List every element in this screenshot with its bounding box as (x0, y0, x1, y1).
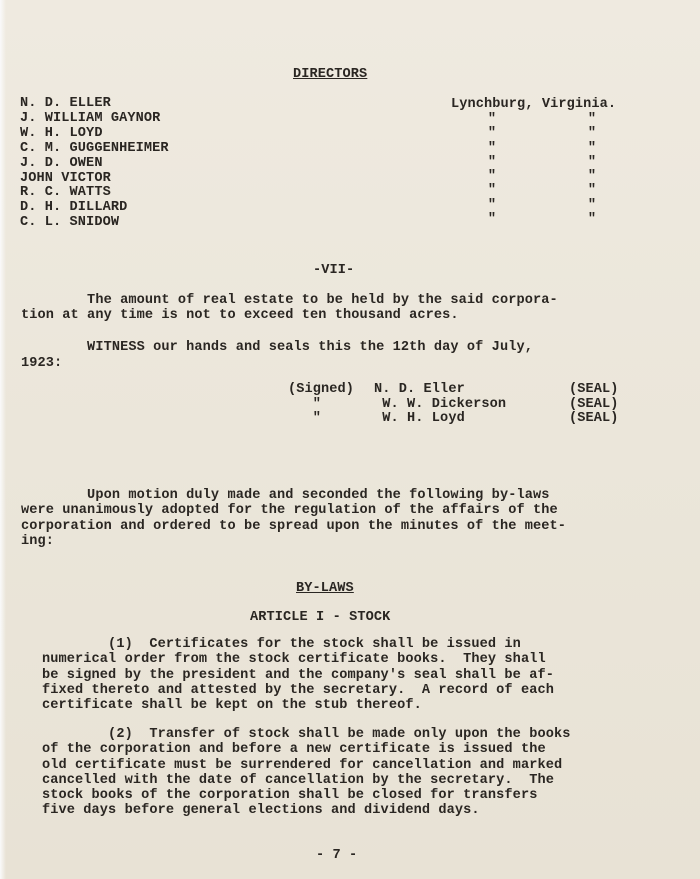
article-i-title: ARTICLE I - STOCK (250, 610, 390, 625)
ditto-mark: " (584, 199, 600, 213)
signature-row: (Signed) N. D. Eller (SEAL) (288, 383, 619, 398)
text-line: of the corporation and before a new cert… (42, 742, 570, 757)
motion-paragraph: Upon motion duly made and seconded the f… (21, 488, 661, 550)
text-line: numerical order from the stock certifica… (42, 652, 554, 667)
director-name: C. L. SNIDOW (20, 216, 169, 231)
bylaw-section-1: (1) Certificates for the stock shall be … (42, 637, 554, 713)
bylaws-heading: BY-LAWS (296, 581, 354, 596)
director-location: Lynchburg, Virginia. (451, 97, 616, 112)
ditto-mark: " (584, 170, 600, 184)
ditto-mark: " (584, 156, 600, 170)
director-name: C. M. GUGGENHEIMER (20, 142, 169, 157)
ditto-mark: " (584, 142, 600, 156)
article-vii-paragraph: The amount of real estate to be held by … (21, 293, 661, 323)
signature-block: (Signed) N. D. Eller (SEAL) " W. W. Dick… (288, 383, 619, 427)
ditto-mark: " (584, 113, 600, 127)
director-name: D. H. DILLARD (20, 201, 169, 216)
text-line: be signed by the president and the compa… (42, 668, 554, 683)
signer-name: N. D. Eller (374, 383, 569, 398)
ditto-column-state: """""""" (584, 113, 600, 227)
page-number: - 7 - (316, 848, 357, 863)
director-name: N. D. ELLER (20, 97, 169, 112)
text-line: tion at any time is not to exceed ten th… (21, 308, 661, 323)
director-name: W. H. LOYD (20, 127, 169, 142)
article-vii-heading: -VII- (313, 263, 354, 278)
signer-name: W. W. Dickerson (374, 398, 569, 413)
ditto-mark: " (484, 156, 500, 170)
text-line: stock books of the corporation shall be … (42, 788, 570, 803)
signer-name: W. H. Loyd (374, 412, 569, 427)
text-line: Upon motion duly made and seconded the f… (21, 488, 661, 503)
text-line: certificate shall be kept on the stub th… (42, 698, 554, 713)
seal-label: (SEAL) (569, 398, 619, 413)
ditto-mark: " (484, 199, 500, 213)
director-name: R. C. WATTS (20, 186, 169, 201)
text-line: 1923: (21, 356, 661, 372)
signature-prefix: (Signed) (288, 383, 374, 398)
bylaw-section-2: (2) Transfer of stock shall be made only… (42, 727, 570, 819)
ditto-mark: " (484, 213, 500, 227)
text-line: fixed thereto and attested by the secret… (42, 683, 554, 698)
text-line: WITNESS our hands and seals this the 12t… (21, 340, 661, 356)
director-name: J. D. OWEN (20, 157, 169, 172)
text-line: cancelled with the date of cancellation … (42, 773, 570, 788)
ditto-mark: " (484, 184, 500, 198)
director-name: JOHN VICTOR (20, 172, 169, 187)
text-line: old certificate must be surrendered for … (42, 758, 570, 773)
seal-label: (SEAL) (569, 412, 619, 427)
ditto-mark: " (584, 127, 600, 141)
seal-label: (SEAL) (569, 383, 619, 398)
ditto-mark: " (484, 170, 500, 184)
text-line: were unanimously adopted for the regulat… (21, 503, 661, 518)
signature-row: " W. W. Dickerson (SEAL) (288, 398, 619, 413)
text-line: corporation and ordered to be spread upo… (21, 519, 661, 534)
text-line: The amount of real estate to be held by … (21, 293, 661, 308)
text-line: five days before general elections and d… (42, 803, 570, 818)
text-line: (2) Transfer of stock shall be made only… (42, 727, 570, 742)
signature-prefix: " (288, 412, 374, 427)
ditto-mark: " (484, 142, 500, 156)
directors-heading: DIRECTORS (293, 67, 367, 82)
ditto-column-city: """""""" (484, 113, 500, 227)
text-line: (1) Certificates for the stock shall be … (42, 637, 554, 652)
text-line: ing: (21, 534, 661, 549)
document-page: DIRECTORS N. D. ELLER J. WILLIAM GAYNOR … (0, 0, 700, 879)
signature-prefix: " (288, 398, 374, 413)
ditto-mark: " (584, 213, 600, 227)
ditto-mark: " (484, 113, 500, 127)
ditto-mark: " (584, 184, 600, 198)
witness-paragraph: WITNESS our hands and seals this the 12t… (21, 340, 661, 372)
directors-list: N. D. ELLER J. WILLIAM GAYNOR W. H. LOYD… (20, 97, 169, 231)
signature-row: " W. H. Loyd (SEAL) (288, 412, 619, 427)
director-name: J. WILLIAM GAYNOR (20, 112, 169, 127)
ditto-mark: " (484, 127, 500, 141)
